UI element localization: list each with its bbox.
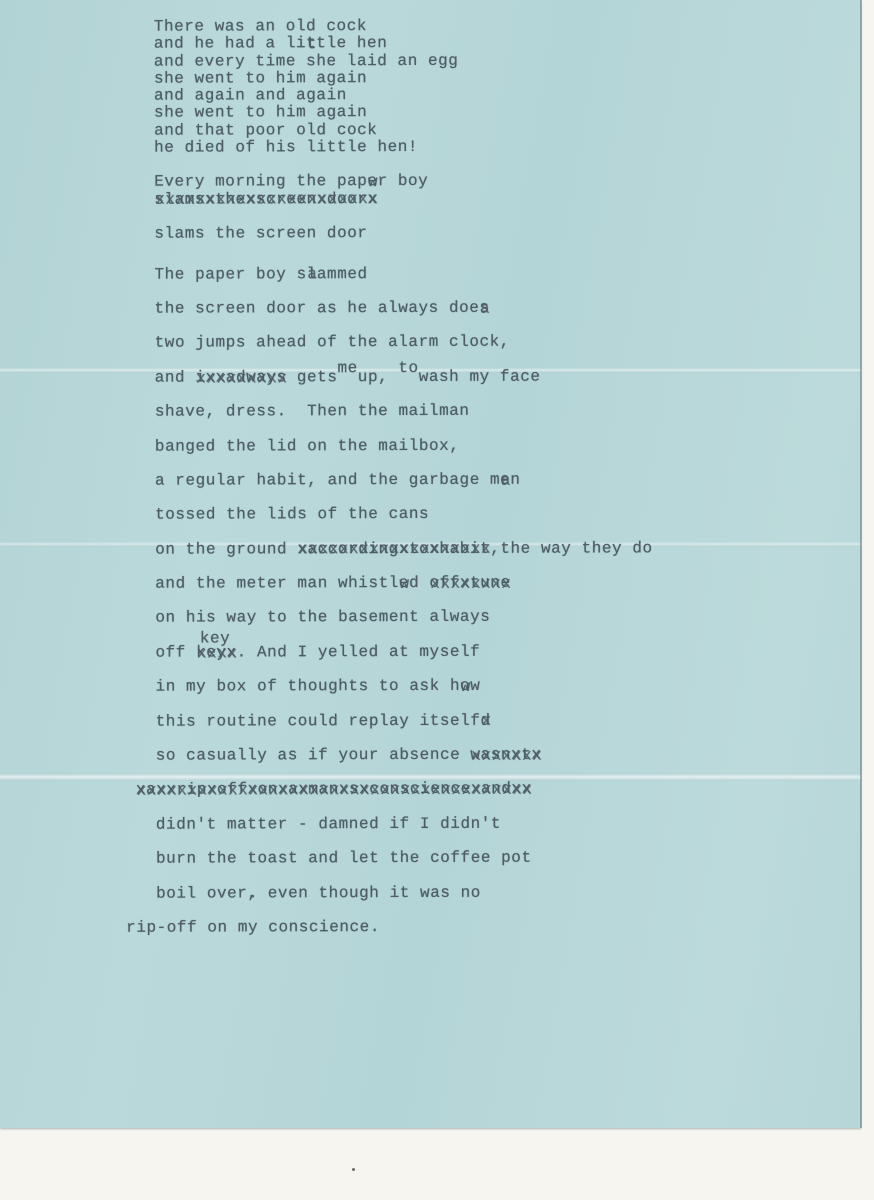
poem-text: and every time she laid an egg xyxy=(154,51,459,70)
overstruck-char: la xyxy=(307,257,317,291)
poem-text: d xyxy=(409,574,429,592)
poem-text: the screen door as he always doe xyxy=(155,299,480,318)
poem-text: rip-off on my conscience. xyxy=(126,918,380,937)
poem-line: banged the lid on the mailbox, xyxy=(155,428,653,464)
poem-line: didn't matter - damned if I didn't xyxy=(156,806,654,842)
poem-line: he died of his little hen! xyxy=(154,138,651,157)
poem-line: she went to him again xyxy=(154,104,651,123)
poem-text: The paper boy s xyxy=(154,265,306,283)
poem-line xyxy=(154,207,651,226)
poem-line: The paper boy slaammed xyxy=(154,256,652,292)
poem-text: banged the lid on the mailbox, xyxy=(155,436,460,455)
poem-text: ammed xyxy=(317,265,368,283)
poem-line: boil over,. even though it was no xyxy=(156,875,654,911)
poem-line: and every time she laid an egg xyxy=(154,52,651,71)
poem-text: There was an old cock xyxy=(154,17,367,36)
overstruck-char: ea xyxy=(500,463,510,497)
poem-line: slamsxthexscreenxdoorx xyxy=(154,190,651,209)
poem-line: she went to him again xyxy=(154,69,651,88)
poem-text: gets xyxy=(287,368,338,386)
poem-text: . And I yelled at myself xyxy=(237,643,481,662)
inserted-word-above: to xyxy=(398,359,418,377)
overstruck-char: tt xyxy=(306,36,316,53)
poem-line: slams the screen door xyxy=(154,225,651,244)
poem-text: and the meter man whistl xyxy=(155,574,399,593)
poem-text: tossed the lids of the cans xyxy=(155,505,429,524)
poem-line: so casually as if your absence wasnxtx xyxy=(156,737,654,773)
poem-line: two jumps ahead of the alarm clock, xyxy=(155,325,653,361)
poem-text: wash my face xyxy=(419,367,541,385)
struck-out-text: xaxxripxoffxonxaxmanxsxconsciencexandxx xyxy=(136,772,532,807)
poem-text: tle hen xyxy=(316,34,387,52)
poem-text: n xyxy=(510,471,520,489)
overstruck-char: ew xyxy=(367,173,377,190)
scanned-page: { "colors":{"paper":"#b6d6d8","ink":"#4d… xyxy=(0,0,874,1200)
poem-text: Every morning the pap xyxy=(154,172,367,191)
poem-line: and ixxadways getsmeup, towash my face xyxy=(155,359,653,395)
struck-out-text: ixxadways xyxy=(195,360,286,395)
poem-text: on the ground xyxy=(155,540,297,558)
poem-line: tossed the lids of the cans xyxy=(155,497,653,533)
poem-text: and xyxy=(155,368,196,386)
poem-text: and he had a li xyxy=(154,35,306,53)
poem-line: rip-off on my conscience. xyxy=(126,909,654,945)
poem-text: a regular habit, and the garbage m xyxy=(155,471,500,490)
poem-text: and that poor old cock xyxy=(154,121,377,140)
inserted-word-above: me xyxy=(337,359,357,377)
poem-line: and he had a litttle hen xyxy=(154,35,651,54)
poem-text: and again and again xyxy=(154,86,347,105)
poem-text: w xyxy=(470,677,480,695)
poem-text: boil over xyxy=(156,884,247,902)
poem-line: on the ground xaccordingxtoxhabit,the wa… xyxy=(155,531,653,567)
struck-out-text: xaccordingxtoxhabit xyxy=(297,531,490,566)
poem-text: shave, dress. Then the mailman xyxy=(155,402,470,421)
poem-line: a regular habit, and the garbage mean xyxy=(155,462,653,498)
overstruck-char: ew xyxy=(399,566,409,600)
poem-line: and that poor old cock xyxy=(154,121,651,140)
poem-text: she went to him again xyxy=(154,69,367,88)
struck-out-text: d xyxy=(480,703,490,737)
poem-line: and the meter man whistlewd offxtune xyxy=(155,565,653,601)
poem-text: r boy xyxy=(378,172,429,190)
poem-text: two jumps ahead of the alarm clock, xyxy=(155,333,510,352)
poem-text: she went to him again xyxy=(154,104,367,123)
struck-out-text: wasnxtx xyxy=(470,738,541,773)
poem-text: this routine could replay itself xyxy=(156,711,481,730)
overstruck-char: ow xyxy=(460,669,470,703)
overstruck-char: sa xyxy=(479,291,489,325)
poem-line: shave, dress. Then the mailman xyxy=(155,393,653,429)
poem-line: and again and again xyxy=(154,87,651,106)
poem-line: Every morning the papewr boy xyxy=(154,173,651,192)
struck-out-text: offxtune xyxy=(429,566,510,601)
overstruck-char: ,. xyxy=(247,876,257,910)
struck-out-text: slamsxthexscreenxdoorx xyxy=(154,191,377,209)
poem-line: burn the toast and let the coffee pot xyxy=(156,841,654,877)
poem: There was an old cockand he had a litttl… xyxy=(154,17,654,945)
paper-sheet: There was an old cockand he had a litttl… xyxy=(0,0,861,1128)
poem-text: ,the way they do xyxy=(490,539,652,557)
poem-text: burn the toast and let the coffee pot xyxy=(156,849,532,868)
poem-line: There was an old cock xyxy=(154,17,651,36)
poem-text: didn't matter - damned if I didn't xyxy=(156,815,501,834)
poem-text: off xyxy=(155,643,196,661)
poem-line: the screen door as he always doesa xyxy=(155,290,653,326)
poem-text: so casually as if your absence xyxy=(156,746,471,765)
poem-line: in my box of thoughts to ask howw xyxy=(155,669,653,705)
dust-speck xyxy=(352,1168,355,1171)
poem-line: this routine could replay itselfd xyxy=(156,703,654,739)
poem-text: in my box of thoughts to ask h xyxy=(156,677,461,696)
poem-line: off keyxkey. And I yelled at myself xyxy=(155,634,653,670)
poem-text: he died of his little hen! xyxy=(154,138,418,157)
poem-text: slams the screen door xyxy=(154,224,367,243)
poem-line: xaxxripxoffxonxaxmanxsxconsciencexandxx xyxy=(136,772,654,808)
poem-text: even though it was no xyxy=(258,883,481,902)
poem-text: up, xyxy=(358,368,399,386)
correction: keyxkey xyxy=(196,635,237,670)
